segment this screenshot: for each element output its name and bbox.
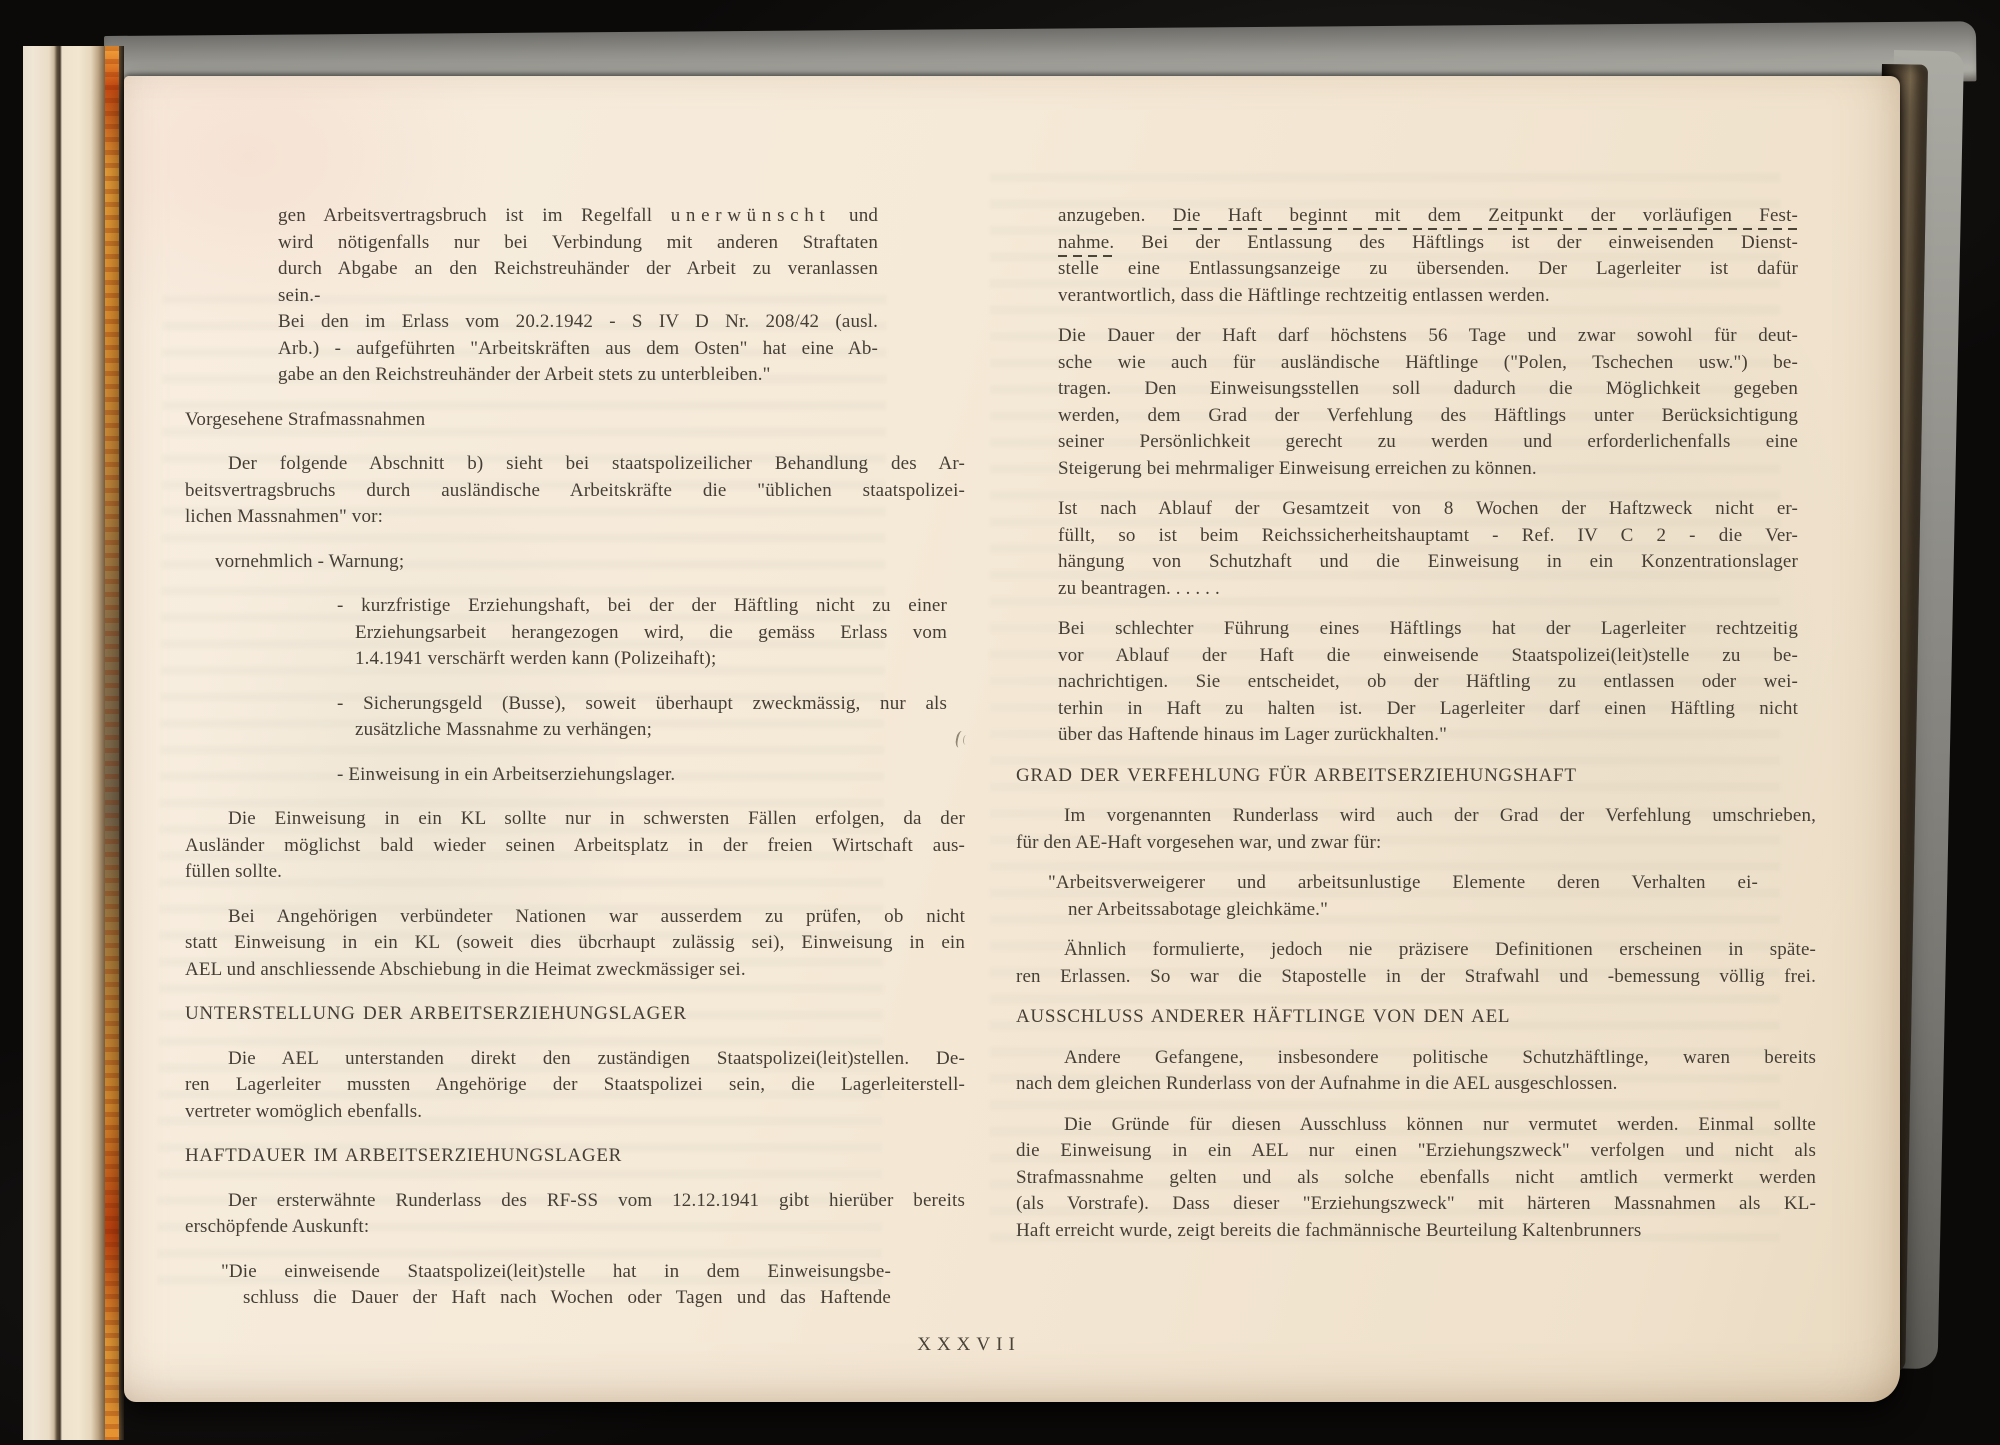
paragraph: Die Gründe für diesen Ausschluss können … xyxy=(1016,1112,1816,1245)
text-line: füllen sollte. xyxy=(185,859,965,886)
text-line: schluss die Dauer der Haft nach Wochen o… xyxy=(221,1285,891,1312)
text-line: Andere Gefangene, insbesondere politisch… xyxy=(1016,1045,1816,1072)
text-line: Strafmassnahme gelten und als solche ebe… xyxy=(1016,1165,1816,1192)
text-line: seiner Persönlichkeit gerecht zu werden … xyxy=(1058,429,1798,456)
text-line: füllt, so ist beim Reichssicherheitshaup… xyxy=(1058,523,1798,550)
text-line: Der ersterwähnte Runderlass des RF-SS vo… xyxy=(185,1188,965,1215)
quote-block: anzugeben. Die Haft beginnt mit dem Zeit… xyxy=(1058,203,1798,309)
text-line: Im vorgenannten Runderlass wird auch der… xyxy=(1016,803,1816,830)
paragraph: Im vorgenannten Runderlass wird auch der… xyxy=(1016,803,1816,856)
text-span: gen Arbeitsvertragsbruch ist im Regelfal… xyxy=(278,205,671,226)
text-line: - Einweisung in ein Arbeitserziehungslag… xyxy=(337,762,947,789)
text-line: terhin in Haft zu halten ist. Der Lagerl… xyxy=(1058,696,1798,723)
list-item: vornehmlich - Warnung; xyxy=(215,549,965,576)
text-line: ren Lagerleiter mussten Angehörige der S… xyxy=(185,1072,965,1099)
text-line: vor Ablauf der Haft die einweisende Staa… xyxy=(1058,643,1798,670)
text-line: durch Abgabe an den Reichstreuhänder der… xyxy=(278,256,878,283)
paragraph: Der folgende Abschnitt b) sieht bei staa… xyxy=(185,451,965,531)
section-heading: AUSSCHLUSS ANDERER HÄFTLINGE VON DEN AEL xyxy=(1016,1004,1816,1031)
text-line: AEL und anschliessende Abschiebung in di… xyxy=(185,957,965,984)
text-line: hängung von Schutzhaft und die Einweisun… xyxy=(1058,549,1798,576)
letterspaced-word: unerwünscht xyxy=(671,205,831,226)
right-text-column: anzugeben. Die Haft beginnt mit dem Zeit… xyxy=(1016,203,1816,1258)
text-line: (als Vorstrafe). Dass dieser "Erziehungs… xyxy=(1016,1191,1816,1218)
section-heading: GRAD DER VERFEHLUNG FÜR ARBEITSERZIEHUNG… xyxy=(1016,763,1816,790)
text-line: gen Arbeitsvertragsbruch ist im Regelfal… xyxy=(278,203,878,230)
text-span: und xyxy=(831,205,879,226)
list-item: - Einweisung in ein Arbeitserziehungslag… xyxy=(337,762,947,789)
text-line: nahme. Bei der Entlassung des Häftlings … xyxy=(1058,230,1798,257)
text-line: sche wie auch für ausländische Häftlinge… xyxy=(1058,350,1798,377)
text-line: werden, dem Grad der Verfehlung des Häft… xyxy=(1058,403,1798,430)
deckle-edge xyxy=(105,46,119,1440)
text-line: Der folgende Abschnitt b) sieht bei staa… xyxy=(185,451,965,478)
text-line: statt Einweisung in ein KL (soweit dies … xyxy=(185,930,965,957)
section-heading: UNTERSTELLUNG DER ARBEITSERZIEHUNGSLAGER xyxy=(185,1001,965,1028)
section-heading: HAFTDAUER IM ARBEITSERZIEHUNGSLAGER xyxy=(185,1143,965,1170)
text-line: 1.4.1941 verschärft werden kann (Polizei… xyxy=(337,646,947,673)
text-line: nachrichtigen. Sie entscheidet, ob der H… xyxy=(1058,669,1798,696)
list-item: - kurzfristige Erziehungshaft, bei der d… xyxy=(337,593,947,673)
book-page: gen Arbeitsvertragsbruch ist im Regelfal… xyxy=(124,76,1900,1402)
list-item: - Sicherungsgeld (Busse), soweit überhau… xyxy=(337,691,947,744)
text-line: GRAD DER VERFEHLUNG FÜR ARBEITSERZIEHUNG… xyxy=(1016,763,1816,790)
text-line: ren Erlassen. So war die Stapostelle in … xyxy=(1016,964,1816,991)
text-line: vornehmlich - Warnung; xyxy=(215,549,965,576)
text-line: Bei Angehörigen verbündeter Nationen war… xyxy=(185,904,965,931)
dashed-underlined-text: Die Haft beginnt mit dem Zeitpunkt der v… xyxy=(1173,205,1798,230)
text-line: ner Arbeitssabotage gleichkäme." xyxy=(1048,897,1758,924)
text-line: Ist nach Ablauf der Gesamtzeit von 8 Woc… xyxy=(1058,496,1798,523)
text-line: Steigerung bei mehrmaliger Einweisung er… xyxy=(1058,456,1798,483)
text-line: Erziehungsarbeit herangezogen wird, die … xyxy=(337,620,947,647)
text-line: beitsvertragsbruchs durch ausländische A… xyxy=(185,478,965,505)
text-line: vertreter womöglich ebenfalls. xyxy=(185,1099,965,1126)
text-line: stelle eine Entlassungsanzeige zu überse… xyxy=(1058,256,1798,283)
text-line: tragen. Den Einweisungsstellen soll dadu… xyxy=(1058,376,1798,403)
text-line: AUSSCHLUSS ANDERER HÄFTLINGE VON DEN AEL xyxy=(1016,1004,1816,1031)
photographed-book-spread: gen Arbeitsvertragsbruch ist im Regelfal… xyxy=(0,0,2000,1445)
paragraph: Andere Gefangene, insbesondere politisch… xyxy=(1016,1045,1816,1098)
subheading: Vorgesehene Strafmassnahmen xyxy=(185,407,965,434)
text-line: Bei schlechter Führung eines Häftlings h… xyxy=(1058,616,1798,643)
text-span: anzugeben. xyxy=(1058,205,1173,226)
paragraph: Ähnlich formulierte, jedoch nie präziser… xyxy=(1016,937,1816,990)
quote-block: Ist nach Ablauf der Gesamtzeit von 8 Woc… xyxy=(1058,496,1798,602)
paragraph: Die AEL unterstanden direkt den zuständi… xyxy=(185,1046,965,1126)
text-line: erschöpfende Auskunft: xyxy=(185,1214,965,1241)
stacked-page-edges xyxy=(23,46,124,1440)
text-line: Ausländer möglichst bald wieder seinen A… xyxy=(185,833,965,860)
text-line: für den AE-Haft vorgesehen war, und zwar… xyxy=(1016,830,1816,857)
text-line: Ähnlich formulierte, jedoch nie präziser… xyxy=(1016,937,1816,964)
paragraph: Die Einweisung in ein KL sollte nur in s… xyxy=(185,806,965,886)
text-line: Die Dauer der Haft darf höchstens 56 Tag… xyxy=(1058,323,1798,350)
text-line: sein.- xyxy=(278,283,878,310)
dashed-underlined-text: nahme. xyxy=(1058,232,1114,257)
text-line: Vorgesehene Strafmassnahmen xyxy=(185,407,965,434)
text-line: gabe an den Reichstreuhänder der Arbeit … xyxy=(278,362,878,389)
text-line: die Einweisung in ein AEL nur einen "Erz… xyxy=(1016,1138,1816,1165)
text-line: "Die einweisende Staatspolizei(leit)stel… xyxy=(221,1259,891,1286)
text-line: - kurzfristige Erziehungshaft, bei der d… xyxy=(337,593,947,620)
text-line: nach dem gleichen Runderlass von der Auf… xyxy=(1016,1071,1816,1098)
text-line: Die AEL unterstanden direkt den zuständi… xyxy=(185,1046,965,1073)
text-line: verantwortlich, dass die Häftlinge recht… xyxy=(1058,283,1798,310)
quote-block: "Die einweisende Staatspolizei(leit)stel… xyxy=(221,1259,891,1312)
paragraph: Bei Angehörigen verbündeter Nationen war… xyxy=(185,904,965,984)
text-line: HAFTDAUER IM ARBEITSERZIEHUNGSLAGER xyxy=(185,1143,965,1170)
text-line: UNTERSTELLUNG DER ARBEITSERZIEHUNGSLAGER xyxy=(185,1001,965,1028)
left-text-column: gen Arbeitsvertragsbruch ist im Regelfal… xyxy=(185,203,965,1330)
text-line: Die Einweisung in ein KL sollte nur in s… xyxy=(185,806,965,833)
text-line: zu beantragen. . . . . . xyxy=(1058,576,1798,603)
paragraph: Der ersterwähnte Runderlass des RF-SS vo… xyxy=(185,1188,965,1241)
text-line: - Sicherungsgeld (Busse), soweit überhau… xyxy=(337,691,947,718)
quote-block: "Arbeitsverweigerer und arbeitsunlustige… xyxy=(1048,870,1758,923)
text-line: lichen Massnahmen" vor: xyxy=(185,504,965,531)
quote-block: gen Arbeitsvertragsbruch ist im Regelfal… xyxy=(278,203,878,389)
quote-block: Die Dauer der Haft darf höchstens 56 Tag… xyxy=(1058,323,1798,482)
text-line: wird nötigenfalls nur bei Verbindung mit… xyxy=(278,230,878,257)
text-line: über das Haftende hinaus im Lager zurück… xyxy=(1058,722,1798,749)
quote-block: Bei schlechter Führung eines Häftlings h… xyxy=(1058,616,1798,749)
text-span: Bei der Entlassung des Häftlings ist der… xyxy=(1114,232,1798,253)
text-line: "Arbeitsverweigerer und arbeitsunlustige… xyxy=(1048,870,1758,897)
text-line: Haft erreicht wurde, zeigt bereits die f… xyxy=(1016,1218,1816,1245)
text-line: anzugeben. Die Haft beginnt mit dem Zeit… xyxy=(1058,203,1798,230)
text-line: Bei den im Erlass vom 20.2.1942 - S IV D… xyxy=(278,309,878,336)
text-line: Die Gründe für diesen Ausschluss können … xyxy=(1016,1112,1816,1139)
text-line: zusätzliche Massnahme zu verhängen; xyxy=(337,717,947,744)
page-number: XXXVII xyxy=(917,1334,1021,1356)
text-line: Arb.) - aufgeführten "Arbeitskräften aus… xyxy=(278,336,878,363)
